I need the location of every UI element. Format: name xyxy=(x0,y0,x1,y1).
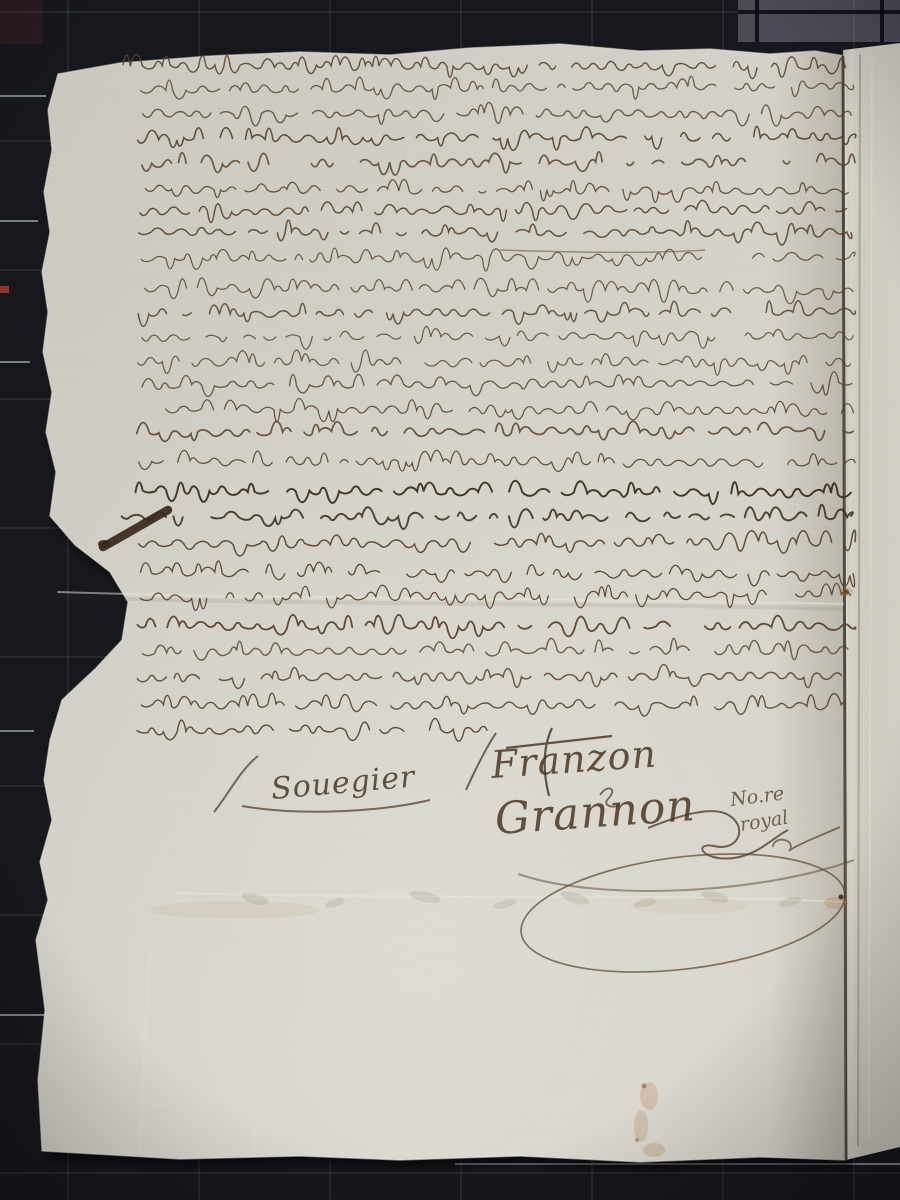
photo-canvas: Souegier Franzon Grannon No.re royal xyxy=(0,0,900,1200)
photo-vignette xyxy=(0,0,900,1200)
photo-of-manuscript: Souegier Franzon Grannon No.re royal xyxy=(0,0,900,1200)
